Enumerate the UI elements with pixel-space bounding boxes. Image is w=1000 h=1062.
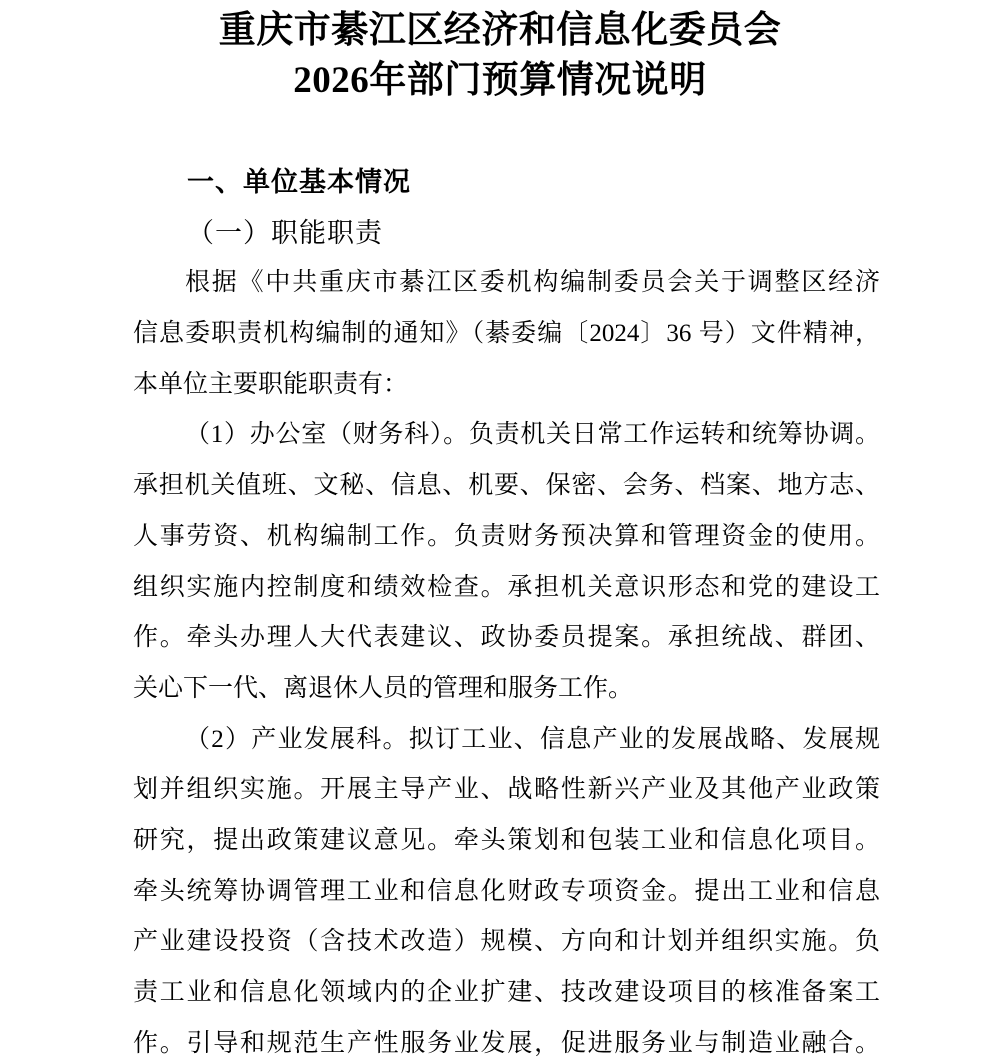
body-line: 作。牵头办理人大代表建议、政协委员提案。承担统战、群团、: [133, 613, 880, 664]
body-line: 承担机关值班、文秘、信息、机要、保密、会务、档案、地方志、: [133, 461, 880, 512]
subsection-heading: （一）职能职责: [133, 208, 880, 259]
body-line: 研究，提出政策建议意见。牵头策划和包装工业和信息化项目。: [133, 816, 880, 867]
body-line: 作。引导和规范生产性服务业发展，促进服务业与制造业融合。: [133, 1019, 880, 1062]
body-line: 根据《中共重庆市綦江区委机构编制委员会关于调整区经济: [133, 258, 880, 309]
body-line: （2）产业发展科。拟订工业、信息产业的发展战略、发展规: [133, 715, 880, 766]
document-title-line-1: 重庆市綦江区经济和信息化委员会: [0, 6, 1000, 56]
body-line: 产业建设投资（含技术改造）规模、方向和计划并组织实施。负: [133, 917, 880, 968]
document-title: 重庆市綦江区经济和信息化委员会 2026年部门预算情况说明: [0, 0, 1000, 106]
document-body: 一、单位基本情况 （一）职能职责 根据《中共重庆市綦江区委机构编制委员会关于调整…: [133, 157, 880, 1062]
body-line: 关心下一代、离退休人员的管理和服务工作。: [133, 664, 880, 715]
section-heading: 一、单位基本情况: [133, 157, 880, 208]
document-title-line-2: 2026年部门预算情况说明: [0, 56, 1000, 106]
document-page: 重庆市綦江区经济和信息化委员会 2026年部门预算情况说明 一、单位基本情况 （…: [0, 0, 1000, 1062]
body-line: 本单位主要职能职责有：: [133, 360, 880, 411]
body-line: （1）办公室（财务科）。负责机关日常工作运转和统筹协调。: [133, 410, 880, 461]
body-line: 信息委职责机构编制的通知》（綦委编〔2024〕36 号）文件精神，: [133, 309, 880, 360]
body-line: 组织实施内控制度和绩效检查。承担机关意识形态和党的建设工: [133, 563, 880, 614]
body-line: 牵头统筹协调管理工业和信息化财政专项资金。提出工业和信息: [133, 867, 880, 918]
body-line: 人事劳资、机构编制工作。负责财务预决算和管理资金的使用。: [133, 512, 880, 563]
body-line: 责工业和信息化领域内的企业扩建、技改建设项目的核准备案工: [133, 968, 880, 1019]
body-line: 划并组织实施。开展主导产业、战略性新兴产业及其他产业政策: [133, 765, 880, 816]
